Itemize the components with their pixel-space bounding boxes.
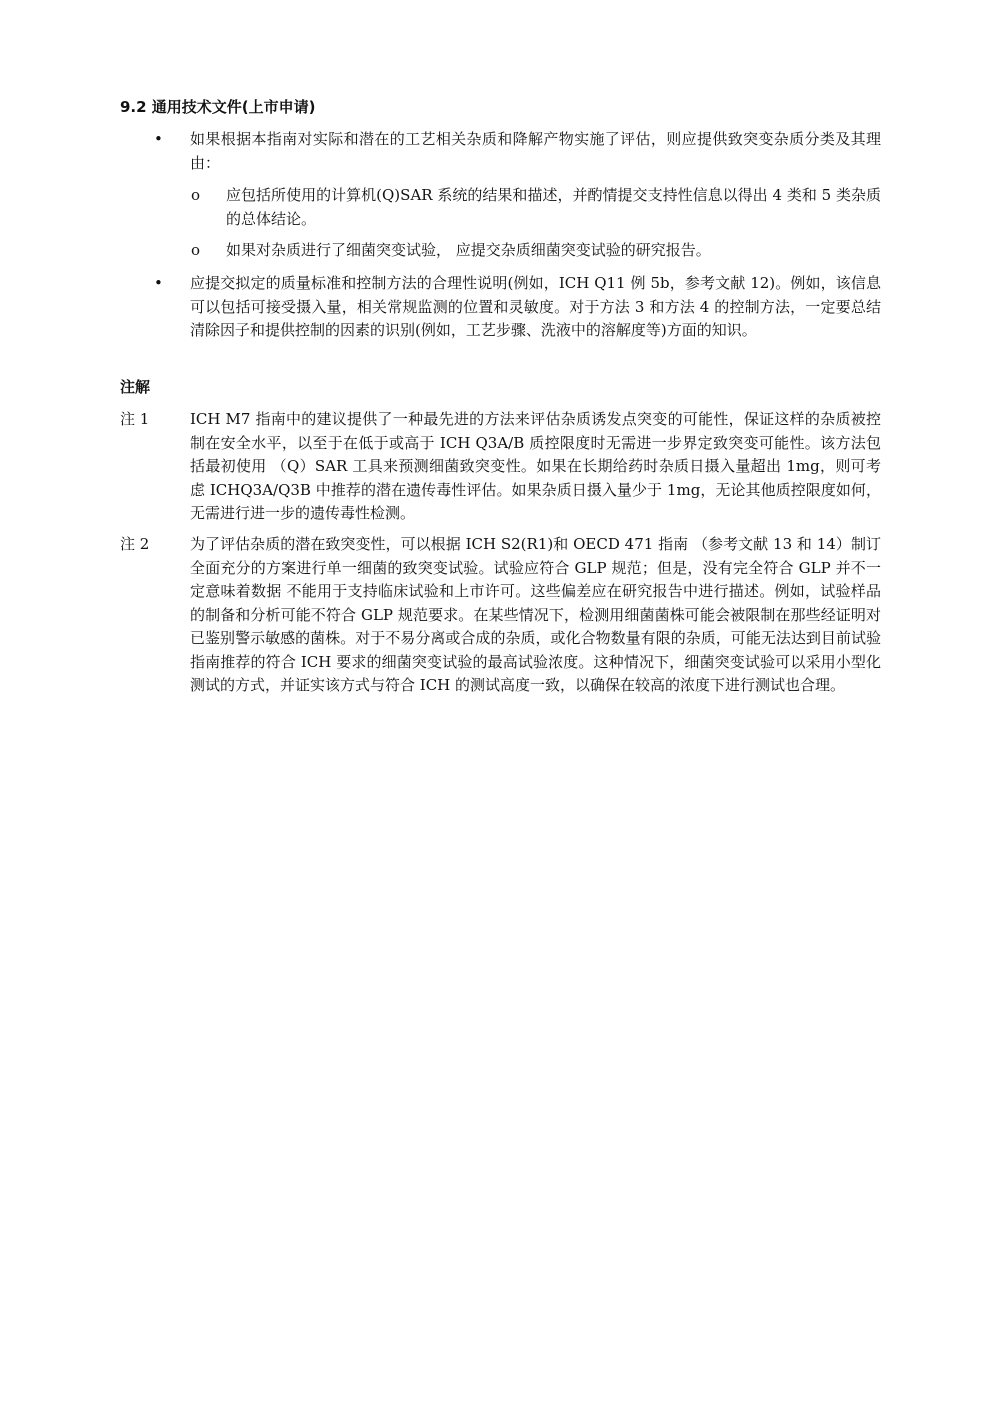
bullet-icon: • (154, 130, 163, 148)
sub-bullet-icon: o (191, 186, 200, 204)
sub-item-1-text: 应包括所使用的计算机(Q)SAR 系统的结果和描述，并酌情提交支持性信息以得出 … (226, 184, 881, 231)
section-heading: 9.2 通用技术文件(上市申请) (120, 96, 316, 118)
note-2-label: 注 2 (120, 533, 149, 557)
sub-item-2-text: 如果对杂质进行了细菌突变试验， 应提交杂质细菌突变试验的研究报告。 (226, 239, 881, 263)
sub-bullet-icon: o (191, 241, 200, 259)
notes-heading: 注解 (120, 376, 150, 398)
note-1-label: 注 1 (120, 408, 149, 432)
bullet-2-text: 应提交拟定的质量标准和控制方法的合理性说明(例如，ICH Q11 例 5b，参考… (190, 272, 881, 343)
bullet-icon: • (154, 274, 163, 292)
document-page: 9.2 通用技术文件(上市申请) • 如果根据本指南对实际和潜在的工艺相关杂质和… (0, 0, 1000, 1415)
note-1-text: ICH M7 指南中的建议提供了一种最先进的方法来评估杂质诱发点突变的可能性，保… (190, 408, 881, 526)
bullet-1-text: 如果根据本指南对实际和潜在的工艺相关杂质和降解产物实施了评估，则应提供致突变杂质… (190, 128, 881, 175)
note-2-text: 为了评估杂质的潜在致突变性，可以根据 ICH S2(R1)和 OECD 471 … (190, 533, 881, 698)
